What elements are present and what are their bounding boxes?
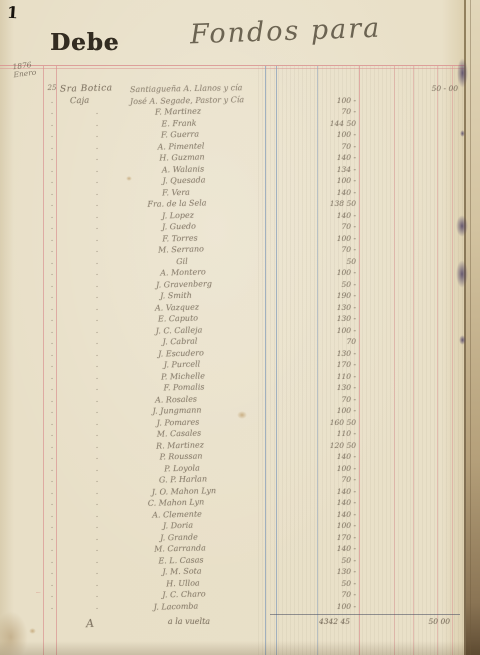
ditto-mark: .: [50, 418, 54, 427]
total-label: a la vuelta: [156, 617, 222, 626]
entry-day: 25: [44, 84, 60, 92]
ditto-mark: .: [50, 234, 54, 243]
entry-amount: 140 -: [300, 544, 356, 553]
entry-name: P. Loyola: [100, 461, 264, 474]
ditto-mark: .: [95, 268, 99, 277]
entry-amount: 160 50: [300, 418, 356, 427]
total-right-amount: 50 00: [402, 617, 450, 626]
ditto-mark: .: [50, 176, 54, 185]
entry-amount: 100 -: [300, 96, 356, 105]
entry-amount: 100 -: [300, 130, 356, 139]
ditto-mark: .: [95, 165, 99, 174]
ditto-mark: .: [50, 119, 54, 128]
entry-name: J. Cabral: [98, 335, 262, 348]
entry-name: R. Martinez: [98, 438, 262, 451]
entry-name: J. Jungmann: [95, 404, 259, 417]
ditto-mark: .: [95, 257, 99, 266]
entry-amount: 100 -: [300, 268, 356, 277]
ditto-mark: .: [50, 510, 54, 519]
entry-name: A. Pimentel: [99, 139, 263, 152]
ditto-mark: .: [50, 349, 54, 358]
entry-name: J. O. Mahon Lyn: [102, 484, 266, 497]
ditto-mark: .: [50, 165, 54, 174]
entry-amount: 70 -: [300, 245, 356, 254]
ditto-mark: .: [50, 579, 54, 588]
ditto-mark: .: [50, 498, 54, 507]
entry-name: J. C. Calleja: [97, 324, 261, 337]
entry-amount: 50 -: [300, 280, 356, 289]
total-rule: [270, 614, 460, 615]
ditto-mark: .: [95, 579, 99, 588]
entry-name: C. Mahon Lyn: [94, 496, 258, 509]
ditto-mark: .: [50, 602, 54, 611]
entry-amount: 70 -: [300, 222, 356, 231]
ditto-mark: .: [50, 268, 54, 277]
entry-name: G. P. Harlan: [101, 473, 265, 486]
book-fore-edge: [466, 0, 480, 655]
entry-name: A. Clemente: [95, 508, 259, 521]
entry-amount: 100 -: [300, 464, 356, 473]
entry-amount: 130 -: [300, 349, 356, 358]
ditto-mark: .: [95, 464, 99, 473]
entry-name: A. Vazquez: [95, 301, 259, 314]
entry-name: J. Grande: [97, 531, 261, 544]
entry-name: J. Pomares: [96, 416, 260, 429]
entry-name: J. Doria: [96, 519, 260, 532]
entry-name: A. Rosales: [94, 393, 258, 406]
entry-amount: 190 -: [300, 291, 356, 300]
ditto-mark: .: [50, 199, 54, 208]
ditto-mark: .: [50, 521, 54, 530]
ditto-mark: .: [95, 590, 99, 599]
entry-amount: 70 -: [300, 395, 356, 404]
entry-amount: 70: [300, 337, 356, 346]
ditto-mark: .: [50, 291, 54, 300]
entry-name: E. Caputo: [96, 312, 260, 325]
entry-detail: José A. Segade, Pastor y Cía: [130, 94, 256, 105]
entry-amount: 100 -: [300, 234, 356, 243]
ditto-mark: .: [50, 107, 54, 116]
ditto-mark: .: [50, 222, 54, 231]
entry-amount: 50: [300, 257, 356, 266]
entry-amount: 70 -: [300, 142, 356, 151]
ditto-mark: .: [50, 533, 54, 542]
ditto-mark: .: [50, 314, 54, 323]
entry-amount: 100 -: [300, 176, 356, 185]
entry-name: E. L. Casas: [99, 553, 263, 566]
entry-name: J. Escudero: [99, 346, 263, 359]
entry-name: F. Guerra: [98, 128, 262, 141]
entry-name: A. Montero: [101, 266, 265, 279]
entry-name: F. Vera: [94, 186, 258, 199]
entry-name: H. Guzman: [100, 151, 264, 164]
entry-name: M. Carranda: [98, 542, 262, 555]
entry-amount: 134 -: [300, 165, 356, 174]
entry-amount: 50 -: [300, 579, 356, 588]
entry-right-amount: 50 - 00: [402, 84, 458, 93]
entry-name: M. Serrano: [99, 243, 263, 256]
ditto-mark: .: [50, 487, 54, 496]
ditto-mark: .: [50, 567, 54, 576]
entry-name: J. Lacomba: [94, 600, 258, 613]
ditto-mark: .: [50, 464, 54, 473]
entry-name: Caja: [70, 95, 90, 105]
ditto-mark: .: [50, 257, 54, 266]
entry-name: P. Michelle: [101, 369, 265, 382]
ditto-mark: .: [50, 383, 54, 392]
entry-amount: 70 -: [300, 107, 356, 116]
total-prefix-flourish: A: [86, 617, 95, 631]
ditto-mark: .: [50, 153, 54, 162]
entry-name: F. Torres: [98, 231, 262, 244]
ditto-mark: .: [50, 142, 54, 151]
ditto-mark: .: [50, 326, 54, 335]
entry-name: H. Ulloa: [101, 576, 265, 589]
entry-name: J. Smith: [94, 289, 258, 302]
entry-amount: 70 -: [300, 590, 356, 599]
ditto-mark: .: [50, 303, 54, 312]
entry-amount: 130 -: [300, 314, 356, 323]
entry-amount: 110 -: [300, 372, 356, 381]
entry-name: J. Gravenberg: [102, 277, 266, 290]
entry-name: J. Quesada: [102, 174, 266, 187]
ditto-mark: .: [50, 245, 54, 254]
entry-amount: 140 -: [300, 188, 356, 197]
entry-name: J. M. Sota: [100, 565, 264, 578]
entry-name: J. Purcell: [100, 358, 264, 371]
ledger-rows: 25Sra BoticaSantiagueña A. Llanos y cía5…: [0, 0, 480, 655]
entry-name: J. Lopez: [96, 209, 260, 222]
entry-amount: 100 -: [300, 406, 356, 415]
ditto-mark: .: [95, 383, 99, 392]
ledger-page: 1 Debe Fondos para 1876 Enero 25Sra Boti…: [0, 0, 480, 655]
entry-name: E. Frank: [97, 117, 261, 130]
entry-amount: 144 50: [300, 119, 356, 128]
entry-amount: 100 -: [300, 521, 356, 530]
ditto-mark: .: [50, 590, 54, 599]
ditto-mark: .: [50, 544, 54, 553]
entry-name: F. Pomalis: [102, 381, 266, 394]
margin-red-scribble: ᵕᵕ: [36, 590, 41, 597]
ditto-mark: .: [50, 441, 54, 450]
ditto-mark: .: [95, 372, 99, 381]
entry-amount: 140 -: [300, 153, 356, 162]
entry-amount: 130 -: [300, 383, 356, 392]
entry-amount: 140 -: [300, 452, 356, 461]
entry-name: M. Casales: [97, 427, 261, 440]
entry-name: F. Martinez: [96, 105, 260, 118]
ditto-mark: .: [50, 452, 54, 461]
ledger-row: ..J. Lacomba100 -: [0, 602, 480, 614]
ditto-mark: .: [50, 429, 54, 438]
entry-amount: 130 -: [300, 303, 356, 312]
entry-amount: 140 -: [300, 510, 356, 519]
entry-amount: 140 -: [300, 211, 356, 220]
entry-amount: 70 -: [300, 475, 356, 484]
entry-amount: 100 -: [300, 326, 356, 335]
entry-name: J. C. Charo: [102, 588, 266, 601]
ditto-mark: .: [50, 475, 54, 484]
ditto-mark: .: [50, 188, 54, 197]
ditto-mark: .: [50, 556, 54, 565]
ditto-mark: .: [50, 406, 54, 415]
entry-amount: 130 -: [300, 567, 356, 576]
ditto-mark: .: [50, 360, 54, 369]
entry-amount: 110 -: [300, 429, 356, 438]
entry-name: Sra Botica: [60, 83, 113, 94]
ditto-mark: .: [95, 567, 99, 576]
entry-amount: 120 50: [300, 441, 356, 450]
entry-name: J. Guedo: [97, 220, 261, 233]
ditto-mark: .: [95, 280, 99, 289]
entry-name: P. Roussan: [99, 450, 263, 463]
ditto-mark: .: [95, 360, 99, 369]
ditto-mark: .: [95, 487, 99, 496]
entry-amount: 140 -: [300, 498, 356, 507]
ditto-mark: .: [50, 337, 54, 346]
entry-amount: 100 -: [300, 602, 356, 611]
ditto-mark: .: [50, 280, 54, 289]
entry-amount: 170 -: [300, 533, 356, 542]
entry-amount: 138 50: [300, 199, 356, 208]
ditto-mark: .: [50, 96, 54, 105]
entry-amount: 50 -: [300, 556, 356, 565]
ditto-mark: .: [50, 130, 54, 139]
ditto-mark: .: [50, 395, 54, 404]
entry-amount: 140 -: [300, 487, 356, 496]
entry-amount: 170 -: [300, 360, 356, 369]
total-sum: 4342 45: [298, 617, 350, 626]
ditto-mark: .: [50, 372, 54, 381]
ditto-mark: .: [95, 153, 99, 162]
entry-name: A. Walanis: [101, 162, 265, 175]
ditto-mark: .: [95, 475, 99, 484]
entry-name: Gil: [100, 254, 264, 267]
ditto-mark: .: [95, 176, 99, 185]
entry-detail: Santiagueña A. Llanos y cía: [130, 83, 256, 94]
entry-name: Fra. de la Sela: [95, 197, 259, 210]
total-row: A a la vuelta 4342 45 50 00: [0, 617, 480, 631]
ditto-mark: .: [50, 211, 54, 220]
